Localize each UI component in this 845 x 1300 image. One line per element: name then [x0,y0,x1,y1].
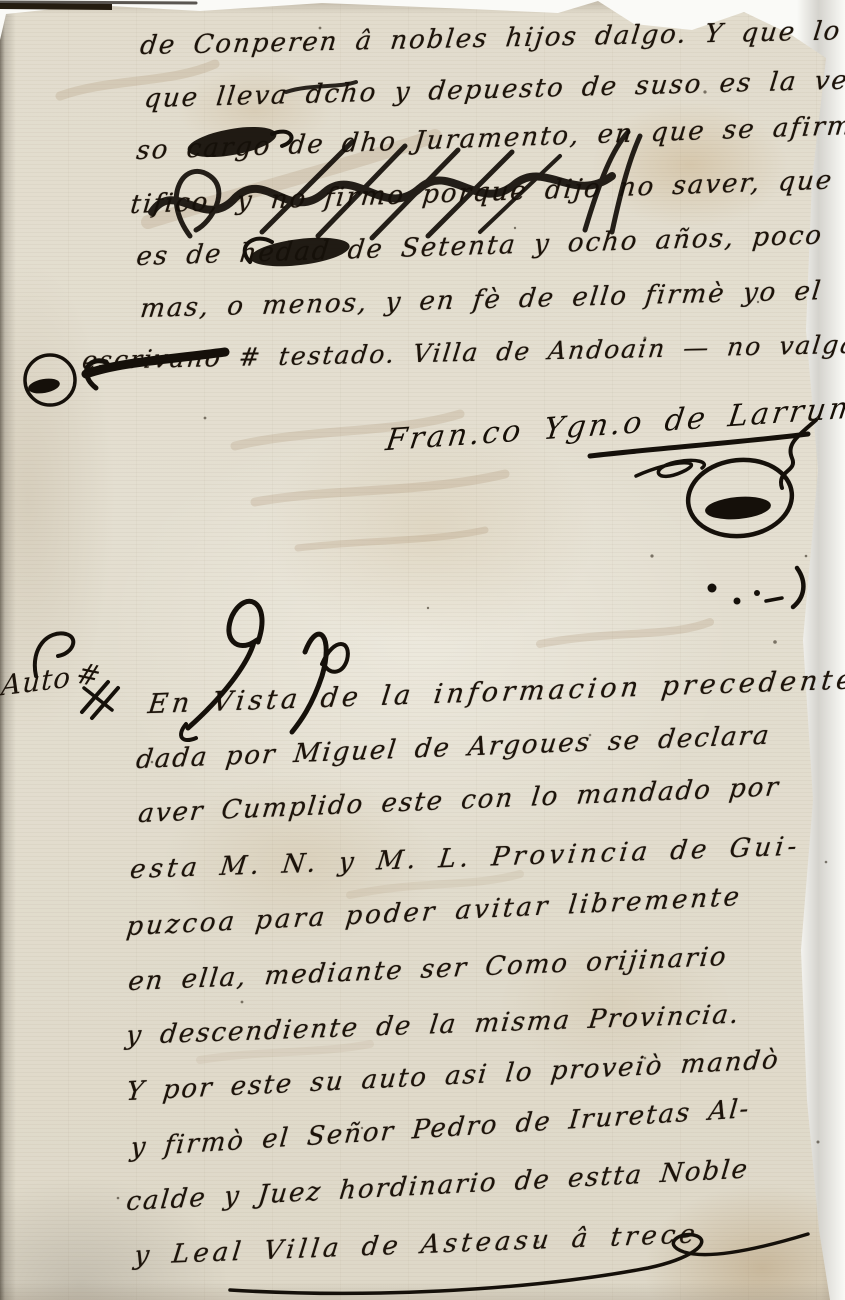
heavy-ink-stroke [86,352,225,388]
ink-spatter [708,584,761,605]
margin-ink-circle [25,355,75,405]
initial-flourish [181,601,348,740]
ink-blot [185,121,291,162]
ink-marks-overlay [0,0,845,1300]
margin-flourish [35,633,118,718]
manuscript-scan: de Conperen â nobles hijos dalgo. Y que … [0,0,845,1300]
ink-arc-mark [793,568,803,607]
ink-blot [245,233,351,271]
binding-streak [0,3,112,10]
closing-flourish [230,1234,808,1293]
signature-rubric [590,420,816,541]
